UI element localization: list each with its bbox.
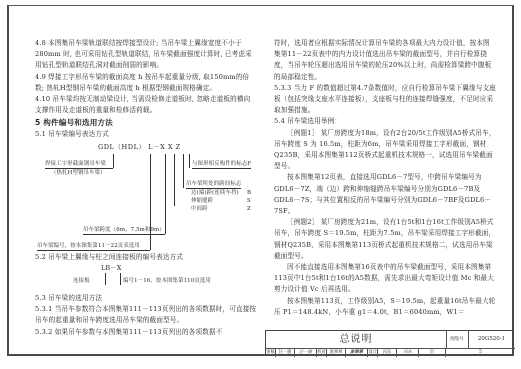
left-column: 4.8 本图集吊车梁轨道联结按焊接型设计; 当吊车梁上翼缘宽度不小于280mm … (35, 38, 257, 338)
title-block: 总说明 图集号 20G520-1 审核 汪一骏 汪一骏 校对 庞翠翠 庞翠翠 设… (265, 330, 514, 356)
plate-numbering-diagram: LB－X 连接板 编号1－16，按本图集第110页选用 (35, 263, 257, 293)
label-position-title: 吊车梁所处的跨间标志 (186, 181, 241, 189)
clause-5-3-1: 5.3.1 当吊车参数符合本图集第111－113页列出的各项数据时，可直接按吊车… (35, 304, 257, 326)
clause-5-3-3: 5.3.3 当力 F 的数值超过第4.7条数值时，应自行检算吊车梁下翼缘与支座板… (274, 83, 496, 117)
signature-row: 审核 汪一骏 汪一骏 校对 庞翠翠 庞翠翠 设计 冯东 冯东 页 5 (266, 348, 515, 357)
reviewer-name: 汪一骏 (276, 348, 295, 357)
position-middle-code: Z (247, 206, 251, 213)
label-span: 吊车梁跨度（6m、7.5m和9m） (83, 227, 165, 235)
sheet-title: 总说明 (266, 331, 447, 349)
position-joint-code: S (247, 198, 251, 205)
beam-code: GDL（HDL） L－X X Z (98, 144, 181, 151)
position-end: 边(端)跨(连续车挡) (191, 190, 239, 197)
example-2-step-2: 按本图集第113页，工作级别A5，S＝19.5m，起重量16t吊车最大轮压 P1… (274, 296, 496, 318)
label-symmetric: 与图形相反构件的标志F (192, 161, 251, 169)
label-plate: 连接板 (73, 278, 105, 285)
designer-name: 冯东 (378, 348, 397, 357)
clause-5-3-2-cont: 符时，选用者应根据实际情况计算吊车梁的各项最大内力设计值，按本图集第11－22页… (274, 38, 496, 83)
right-column: 符时，选用者应根据实际情况计算吊车梁的各项最大内力设计值，按本图集第11－22页… (274, 38, 496, 318)
label-number: 吊车梁编号，按本图集第11－22页表选用 (37, 243, 150, 251)
review-label: 审核 (266, 348, 276, 357)
example-2-step-1: 因不能直接选用本图集第16页表中的吊车梁截面型号，采用本图集第113页中1台5t… (274, 262, 496, 296)
checker-signature: 庞翠翠 (346, 348, 368, 357)
label-beam-type: 焊接工字形截面钢吊车梁 (45, 161, 113, 169)
clause-5-1: 5.1 吊车梁编号表达方式 (35, 129, 257, 140)
check-label: 校对 (317, 348, 327, 357)
atlas-number-label: 图集号 (446, 331, 469, 349)
design-label: 设计 (368, 348, 378, 357)
example-2: ［例题2］ 某厂房跨度为21m，设有1台5t和1台16t工作级别A5桥式吊车，吊… (274, 217, 496, 262)
section-5-heading: 5 构件编号和选用方法 (35, 117, 257, 128)
designer-signature: 冯东 (397, 348, 419, 357)
position-joint: 伸缩缝跨 (191, 198, 213, 205)
page-label: 页 (419, 348, 446, 357)
clause-5-3: 5.3 吊车梁的选用方法 (35, 293, 257, 304)
clause-4-9: 4.9 焊接工字形吊车梁的截面高度 h 按吊车起重量分级, 取150mm的倍数;… (35, 72, 257, 94)
plate-code: LB－X (101, 265, 121, 272)
reviewer-signature: 汪一骏 (295, 348, 317, 357)
position-middle: 中间跨 (191, 206, 208, 213)
label-beam-type-sub: （热轧H型钢吊车梁） (51, 170, 106, 177)
beam-numbering-diagram: GDL（HDL） L－X X Z 焊接工字形截面钢吊车梁 （热轧H型钢吊车梁） … (35, 140, 257, 252)
position-end-code: B (247, 190, 251, 197)
clause-5-4: 5.4 吊车梁选用举例： (274, 116, 496, 127)
label-plate-number: 编号1－16，按本图集第110页选用 (123, 278, 211, 285)
page-number: 5 (446, 348, 515, 357)
atlas-number: 20G520-1 (468, 331, 515, 349)
clause-4-8: 4.8 本图集吊车梁轨道联结按焊接型设计; 当吊车梁上翼缘宽度不小于280mm … (35, 38, 257, 72)
example-1: ［例题1］ 某厂房跨度为18m，设有2台20/5t工作级别A5桥式吊车，吊车跨度… (274, 128, 496, 173)
example-1-answer: 按本图集第12页表，直接选用GDL6－7型号，中跨吊车梁编号为GDL6－7Z，端… (274, 172, 496, 217)
clause-5-3-2: 5.3.2 如果吊车参数与本图集第111－113页列出的各项数据不 (35, 327, 257, 338)
clause-5-2: 5.2 吊车梁上翼缘与柱之间连接板的编号表达方式 (35, 252, 257, 263)
clause-4-10: 4.10 吊车梁均按无制动梁设计, 当需设检修走道板时, 忽略走道板的横向支撑作… (35, 94, 257, 116)
checker-name: 庞翠翠 (327, 348, 346, 357)
